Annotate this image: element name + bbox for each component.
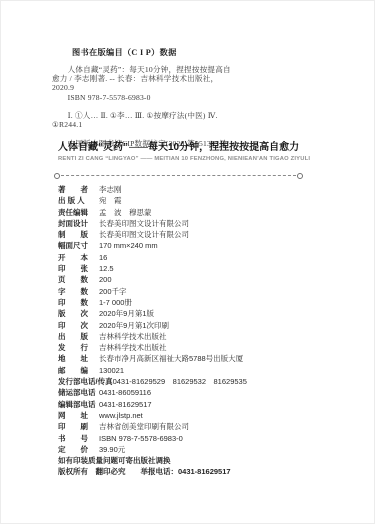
row-value: 宛 霞 <box>99 196 122 205</box>
colophon-row: 印 数1-7 000册 <box>58 297 363 308</box>
colophon-row: 版 次2020年9月第1版 <box>58 308 363 319</box>
row-label: 页 数 <box>58 274 99 285</box>
row-label: 印 刷 <box>58 421 99 432</box>
colophon-row: 开 本16 <box>58 252 363 263</box>
cip-line: Ⅰ. ①人… Ⅱ. ①李… Ⅲ. ①按摩疗法(中医) Ⅳ. <box>52 111 318 120</box>
row-value: 长春美印图文设计有限公司 <box>99 219 189 228</box>
colophon-row: 地 址长春市净月高新区福祉大路5788号出版大厦 <box>58 353 363 364</box>
row-value: www.jlstp.net <box>99 411 143 420</box>
page-title: 人体自藏“灵药”——每天10分钟，捏捏按按提高自愈力 <box>58 141 308 154</box>
row-label: 发 行 <box>58 342 99 353</box>
row-label: 印 张 <box>58 263 99 274</box>
colophon-row: 印 次2020年9月第1次印刷 <box>58 320 363 331</box>
book-subtitle: 每天10分钟，捏捏按按提高自愈力 <box>148 142 299 153</box>
colophon-row: 编辑部电话0431-81629517 <box>58 399 363 410</box>
colophon-row: 储运部电话0431-86059116 <box>58 387 363 398</box>
colophon-row: 印 张12.5 <box>58 263 363 274</box>
row-value: 吉林省创美堂印刷有限公司 <box>99 422 189 431</box>
row-label: 责任编辑 <box>58 207 99 218</box>
book-title-main: 人体自藏“灵药” <box>58 142 128 153</box>
divider-dashed-line <box>61 175 296 176</box>
book-title-block: 人体自藏“灵药”——每天10分钟，捏捏按按提高自愈力 RENTI ZI CANG… <box>58 141 308 162</box>
row-value: 200千字 <box>99 287 127 296</box>
row-value: 孟 波 穆思蒙 <box>99 208 152 217</box>
row-label: 开 本 <box>58 252 99 263</box>
colophon-row: 封面设计长春美印图文设计有限公司 <box>58 218 363 229</box>
row-value: 长春市净月高新区福祉大路5788号出版大厦 <box>99 354 243 363</box>
row-label: 定 价 <box>58 444 99 455</box>
row-value: 200 <box>99 275 112 284</box>
colophon-row: 邮 编130021 <box>58 365 363 376</box>
row-label: 如有印装质量问题可寄出版社调换 <box>58 455 171 466</box>
divider-right-circle-icon <box>297 173 303 179</box>
colophon-row: 网 址www.jlstp.net <box>58 410 363 421</box>
colophon-row: 责任编辑孟 波 穆思蒙 <box>58 207 363 218</box>
row-label: 出 版 <box>58 331 99 342</box>
colophon-row: 著 者李志刚 <box>58 184 363 195</box>
row-label: 出 版 人 <box>58 195 99 206</box>
colophon-row: 发行部电话/传真0431-81629529 81629532 81629535 <box>58 376 363 387</box>
row-label: 书 号 <box>58 433 99 444</box>
row-label: 印 次 <box>58 320 99 331</box>
row-label: 版 次 <box>58 308 99 319</box>
row-value: 1-7 000册 <box>99 298 132 307</box>
row-value: 0431-86059116 <box>99 388 151 397</box>
row-value: 吉林科学技术出版社 <box>99 343 167 352</box>
row-label: 幅面尺寸 <box>58 240 99 251</box>
cip-block: 图书在版编目（C I P）数据 人体自藏“灵药”：每天10分钟，捏捏按按提高自愈… <box>52 47 318 148</box>
cip-header: 图书在版编目（C I P）数据 <box>72 47 318 58</box>
cip-line: ISBN 978-7-5578-6983-0 <box>52 93 318 102</box>
row-label: 制 版 <box>58 229 99 240</box>
title-dash: —— <box>129 142 147 153</box>
colophon-row: 书 号ISBN 978-7-5578-6983-0 <box>58 433 363 444</box>
cip-line <box>52 102 318 111</box>
colophon-row: 定 价39.90元 <box>58 444 363 455</box>
colophon-row: 制 版长春美印图文设计有限公司 <box>58 229 363 240</box>
row-value: 长春美印图文设计有限公司 <box>99 230 189 239</box>
row-value: 2020年9月第1次印刷 <box>99 321 169 330</box>
cip-line: 人体自藏“灵药”：每天10分钟，捏捏按按提高自 <box>52 65 318 74</box>
row-value: 39.90元 <box>99 445 125 454</box>
colophon-row: 幅面尺寸170 mm×240 mm <box>58 240 363 251</box>
row-label: 字 数 <box>58 286 99 297</box>
colophon-row: 出 版 人宛 霞 <box>58 195 363 206</box>
row-label: 封面设计 <box>58 218 99 229</box>
row-value: 170 mm×240 mm <box>99 241 158 250</box>
colophon-row: 字 数200千字 <box>58 286 363 297</box>
colophon-row: 出 版吉林科学技术出版社 <box>58 331 363 342</box>
title-pinyin: RENTI ZI CANG “LINGYAO” —— MEITIAN 10 FE… <box>58 156 308 162</box>
row-label: 储运部电话 <box>58 387 99 398</box>
row-value: 2020年9月第1版 <box>99 309 154 318</box>
row-value: 12.5 <box>99 264 114 273</box>
row-value: 吉林科学技术出版社 <box>99 332 167 341</box>
colophon-row: 如有印装质量问题可寄出版社调换 <box>58 455 363 466</box>
row-label: 网 址 <box>58 410 99 421</box>
colophon-row: 发 行吉林科学技术出版社 <box>58 342 363 353</box>
divider-left-circle-icon <box>54 173 60 179</box>
cip-line <box>52 129 318 138</box>
row-value: 0431-81629517 <box>99 400 152 409</box>
row-label: 地 址 <box>58 353 99 364</box>
row-label: 著 者 <box>58 184 99 195</box>
row-label: 版权所有 翻印必究 举报电话：0431-81629517 <box>58 466 231 477</box>
colophon-row: 页 数200 <box>58 274 363 285</box>
row-value: ISBN 978-7-5578-6983-0 <box>99 434 183 443</box>
cip-line: ①R244.1 <box>52 120 318 129</box>
copyright-page: 图书在版编目（C I P）数据 人体自藏“灵药”：每天10分钟，捏捏按按提高自愈… <box>0 0 375 524</box>
colophon-list: 著 者李志刚出 版 人宛 霞责任编辑孟 波 穆思蒙封面设计长春美印图文设计有限公… <box>58 184 363 478</box>
row-label: 邮 编 <box>58 365 99 376</box>
cip-body: 人体自藏“灵药”：每天10分钟，捏捏按按提高自愈力 / 李志刚著. -- 长春：… <box>52 65 318 148</box>
cip-line: 愈力 / 李志刚著. -- 长春：吉林科学技术出版社， <box>52 74 318 83</box>
colophon-row: 版权所有 翻印必究 举报电话：0431-81629517 <box>58 466 363 477</box>
row-value: 0431-81629529 81629532 81629535 <box>113 377 247 386</box>
row-value: 130021 <box>99 366 124 375</box>
row-value: 16 <box>99 253 107 262</box>
row-label: 发行部电话/传真 <box>58 376 113 387</box>
cip-line: 2020.9 <box>52 83 318 92</box>
row-value: 李志刚 <box>99 185 122 194</box>
row-label: 编辑部电话 <box>58 399 99 410</box>
dashed-divider <box>54 172 303 179</box>
row-label: 印 数 <box>58 297 99 308</box>
colophon-row: 印 刷吉林省创美堂印刷有限公司 <box>58 421 363 432</box>
